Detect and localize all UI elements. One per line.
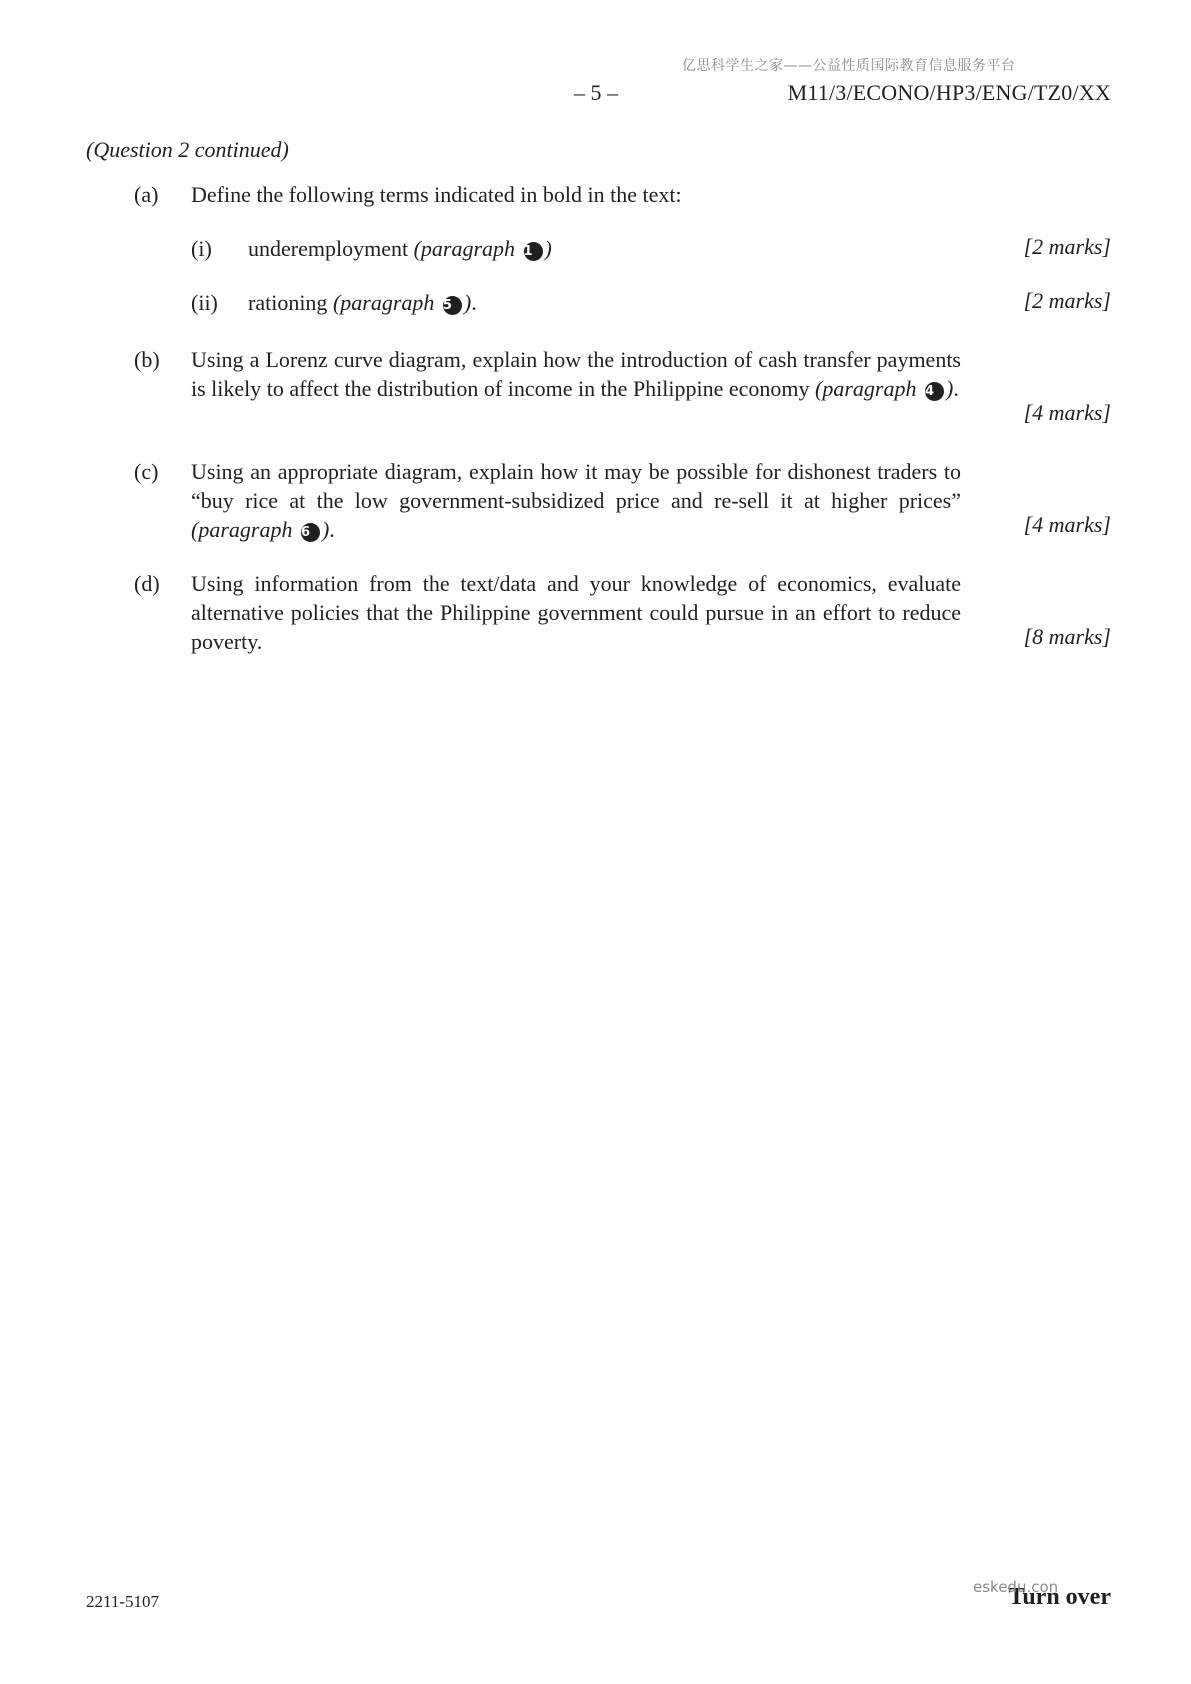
marks-d: [8 marks] xyxy=(1024,624,1111,650)
marks-a-i: [2 marks] xyxy=(1024,234,1111,260)
question-text: Using an appropriate diagram, explain ho… xyxy=(191,457,961,544)
question-label: (d) xyxy=(134,569,160,598)
paragraph-number-icon: 5 xyxy=(443,296,462,315)
subquestion-label: (i) xyxy=(191,234,212,263)
question-text: Define the following terms indicated in … xyxy=(191,180,1091,209)
question-text: Using a Lorenz curve diagram, explain ho… xyxy=(191,345,961,403)
subquestion-text: underemployment (paragraph 1) xyxy=(248,234,1018,263)
paragraph-number-icon: 1 xyxy=(524,242,543,261)
marks-c: [4 marks] xyxy=(1024,512,1111,538)
paper-code: M11/3/ECONO/HP3/ENG/TZ0/XX xyxy=(788,80,1111,106)
paragraph-ref: (paragraph 4) xyxy=(815,376,953,401)
footer-code: 2211-5107 xyxy=(86,1592,159,1612)
paragraph-number-icon: 4 xyxy=(925,382,944,401)
paragraph-number-icon: 6 xyxy=(301,523,320,542)
subquestion-text: rationing (paragraph 5). xyxy=(248,288,1018,317)
marks-b: [4 marks] xyxy=(1024,400,1111,426)
question-label: (c) xyxy=(134,457,158,486)
paragraph-ref: (paragraph 1) xyxy=(414,236,552,261)
question-text: Using information from the text/data and… xyxy=(191,569,961,656)
subquestion-label: (ii) xyxy=(191,288,218,317)
paragraph-ref: (paragraph 6) xyxy=(191,517,329,542)
watermark-footer: eskedu.con xyxy=(973,1578,1058,1596)
page-number: – 5 – xyxy=(574,80,618,106)
question-label: (b) xyxy=(134,345,160,374)
marks-a-ii: [2 marks] xyxy=(1024,288,1111,314)
continued-label: (Question 2 continued) xyxy=(86,137,289,163)
watermark-header: 亿思科学生之家——公益性质国际教育信息服务平台 xyxy=(682,55,1016,75)
paragraph-ref: (paragraph 5) xyxy=(333,290,471,315)
question-label: (a) xyxy=(134,180,158,209)
